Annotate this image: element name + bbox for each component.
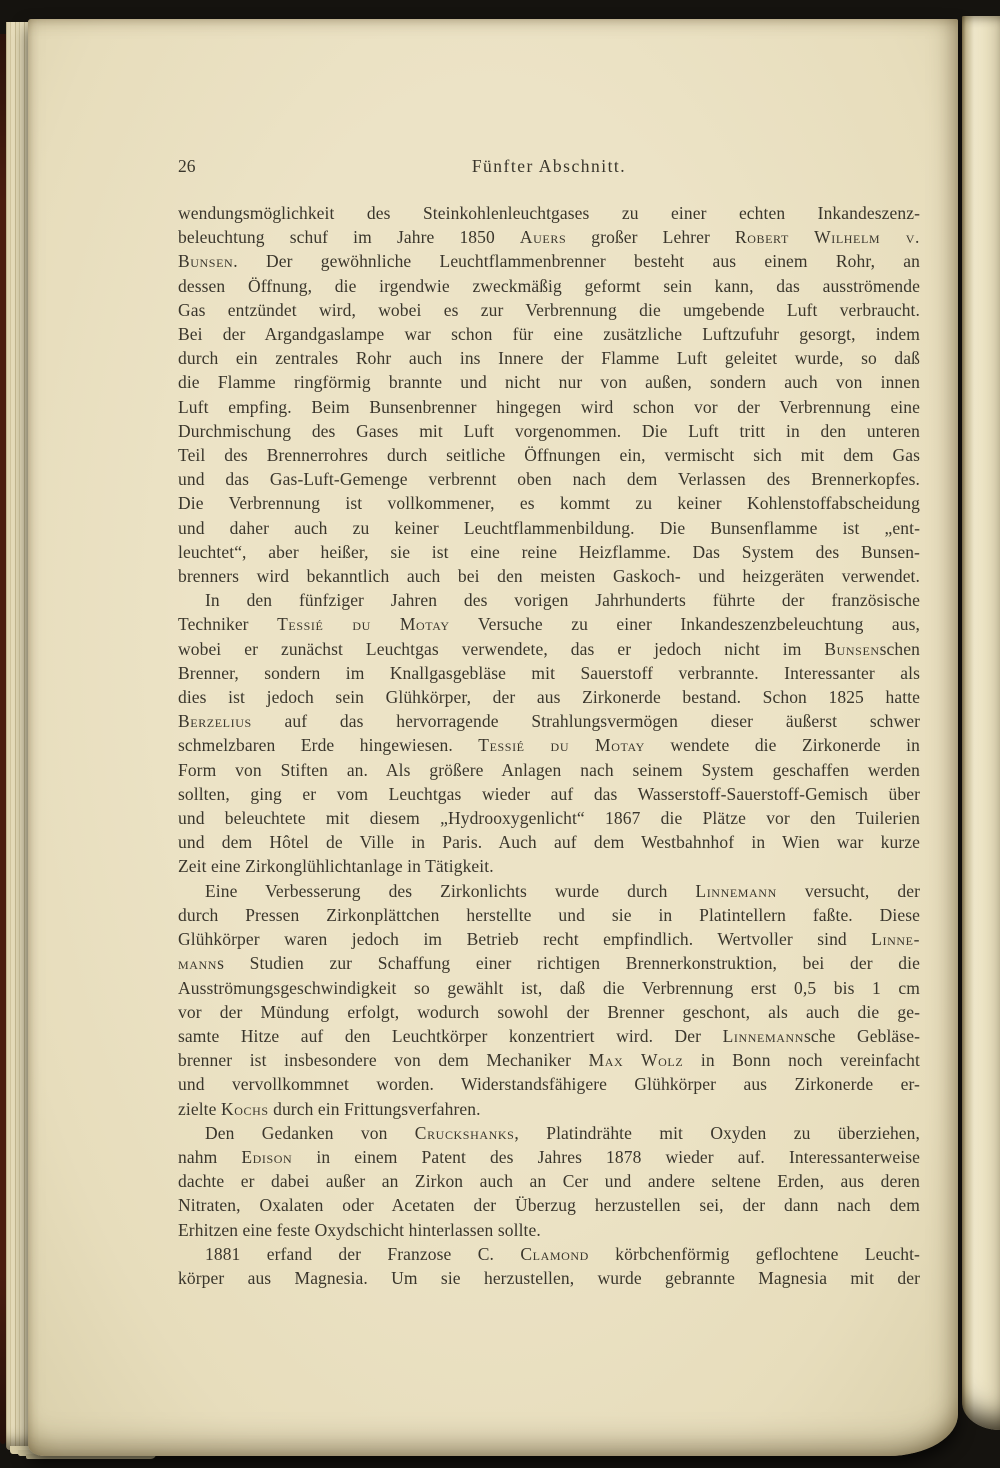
text-line: Luft empfing. Beim Bunsenbrenner hingege… bbox=[178, 395, 920, 419]
person-name-smallcaps: Robert Wilhelm v. bbox=[735, 227, 920, 247]
text-line: Nitraten, Oxalaten oder Acetaten der Übe… bbox=[178, 1193, 920, 1217]
text-line: zielte Kochs durch ein Frittungsverfahre… bbox=[178, 1097, 920, 1121]
text-line: Bunsen. Der gewöhnliche Leuchtflammenbre… bbox=[178, 249, 920, 273]
person-name-smallcaps: Bunsen bbox=[824, 639, 879, 659]
person-name-smallcaps: Edison bbox=[241, 1147, 292, 1167]
text-line: Gas entzündet wird, wobei es zur Verbren… bbox=[178, 298, 920, 322]
text-line: 1881 erfand der Franzose C. Clamond körb… bbox=[178, 1242, 920, 1266]
person-name-smallcaps: Tessié du Motay bbox=[478, 735, 645, 755]
book-photo: 26 Fünfter Abschnitt. wendungsmöglichkei… bbox=[0, 0, 1000, 1468]
text-line: dachte er dabei außer an Zirkon auch an … bbox=[178, 1169, 920, 1193]
book-page: 26 Fünfter Abschnitt. wendungsmöglichkei… bbox=[28, 19, 958, 1456]
text-line: durch ein zentrales Rohr auch ins Innere… bbox=[178, 346, 920, 370]
text-line: Erhitzen eine feste Oxydschicht hinterla… bbox=[178, 1218, 920, 1242]
text-line: Brenner, sondern im Knallgasgebläse mit … bbox=[178, 661, 920, 685]
text-line: vor der Mündung erfolgt, wodurch sowohl … bbox=[178, 1000, 920, 1024]
text-line: wendungsmöglichkeit des Steinkohlenleuch… bbox=[178, 201, 920, 225]
text-line: schmelzbaren Erde hingewiesen. Tessié du… bbox=[178, 733, 920, 757]
text-line: die Flamme ringförmig brannte und nicht … bbox=[178, 370, 920, 394]
text-line: Bei der Argandgaslampe war schon für ein… bbox=[178, 322, 920, 346]
text-line: dessen Öffnung, die irgendwie zweckmäßig… bbox=[178, 274, 920, 298]
person-name-smallcaps: mann bbox=[178, 953, 217, 973]
text-line: manns Studien zur Schaffung einer richti… bbox=[178, 951, 920, 975]
text-line: nahm Edison in einem Patent des Jahres 1… bbox=[178, 1145, 920, 1169]
text-line: Durchmischung des Gases mit Luft vorgeno… bbox=[178, 419, 920, 443]
person-name-smallcaps: Tessié du Motay bbox=[277, 614, 450, 634]
text-line: wobei er zunächst Leuchtgas verwendete, … bbox=[178, 637, 920, 661]
text-line: Die Verbrennung ist vollkommener, es kom… bbox=[178, 491, 920, 515]
person-name-smallcaps: Bunsen bbox=[178, 251, 233, 271]
text-line: und daher auch zu keiner Leuchtflammenbi… bbox=[178, 516, 920, 540]
text-line: dies ist jedoch sein Glühkörper, der aus… bbox=[178, 685, 920, 709]
text-line: brenner ist insbesondere von dem Mechani… bbox=[178, 1048, 920, 1072]
text-line: durch Pressen Zirkonplättchen herstellte… bbox=[178, 903, 920, 927]
text-line: Glühkörper waren jedoch im Betrieb recht… bbox=[178, 927, 920, 951]
text-line: und beleuchtete mit diesem „Hydrooxygenl… bbox=[178, 806, 920, 830]
text-line: und das Gas-Luft-Gemenge verbrennt oben … bbox=[178, 467, 920, 491]
type-area: 26 Fünfter Abschnitt. wendungsmöglichkei… bbox=[178, 155, 920, 1290]
text-line: Form von Stiften an. Als größere Anlagen… bbox=[178, 758, 920, 782]
text-line: Zeit eine Zirkonglühlichtanlage in Tätig… bbox=[178, 854, 920, 878]
text-line: Ausströmungsgeschwindigkeit so gewählt i… bbox=[178, 976, 920, 1000]
text-line: Teil des Brennerrohres durch seitliche Ö… bbox=[178, 443, 920, 467]
person-name-smallcaps: Linnemann bbox=[723, 1026, 804, 1046]
person-name-smallcaps: Cruckshanks bbox=[415, 1123, 515, 1143]
person-name-smallcaps: Linnemann bbox=[695, 881, 776, 901]
text-line: und dem Hôtel de Ville in Paris. Auch au… bbox=[178, 830, 920, 854]
person-name-smallcaps: Kochs bbox=[221, 1099, 269, 1119]
person-name-smallcaps: Auers bbox=[520, 227, 566, 247]
person-name-smallcaps: Berzelius bbox=[178, 711, 252, 731]
text-line: beleuchtung schuf im Jahre 1850 Auers gr… bbox=[178, 225, 920, 249]
text-line: sollten, ging er vom Leuchtgas wieder au… bbox=[178, 782, 920, 806]
text-line: Techniker Tessié du Motay Versuche zu ei… bbox=[178, 612, 920, 636]
facing-page-edge bbox=[962, 16, 1000, 1430]
running-header: Fünfter Abschnitt. bbox=[178, 155, 920, 177]
person-name-smallcaps: Linne- bbox=[871, 929, 920, 949]
page-head: 26 Fünfter Abschnitt. bbox=[178, 155, 920, 177]
text-body: wendungsmöglichkeit des Steinkohlenleuch… bbox=[178, 201, 920, 1290]
text-line: brenners wird bekanntlich auch bei den m… bbox=[178, 564, 920, 588]
text-line: Berzelius auf das hervorragende Strahlun… bbox=[178, 709, 920, 733]
text-line: und vervollkommnet worden. Widerstandsfä… bbox=[178, 1072, 920, 1096]
text-line: leuchtet“, aber heißer, sie ist eine rei… bbox=[178, 540, 920, 564]
person-name-smallcaps: Max Wolz bbox=[589, 1050, 684, 1070]
text-line: samte Hitze auf den Leuchtkörper konzent… bbox=[178, 1024, 920, 1048]
page-number: 26 bbox=[178, 155, 196, 177]
text-line: In den fünfziger Jahren des vorigen Jahr… bbox=[178, 588, 920, 612]
text-line: Den Gedanken von Cruckshanks, Platindräh… bbox=[178, 1121, 920, 1145]
person-name-smallcaps: Clamond bbox=[520, 1244, 589, 1264]
text-line: körper aus Magnesia. Um sie herzustellen… bbox=[178, 1266, 920, 1290]
text-line: Eine Verbesserung des Zirkonlichts wurde… bbox=[178, 879, 920, 903]
